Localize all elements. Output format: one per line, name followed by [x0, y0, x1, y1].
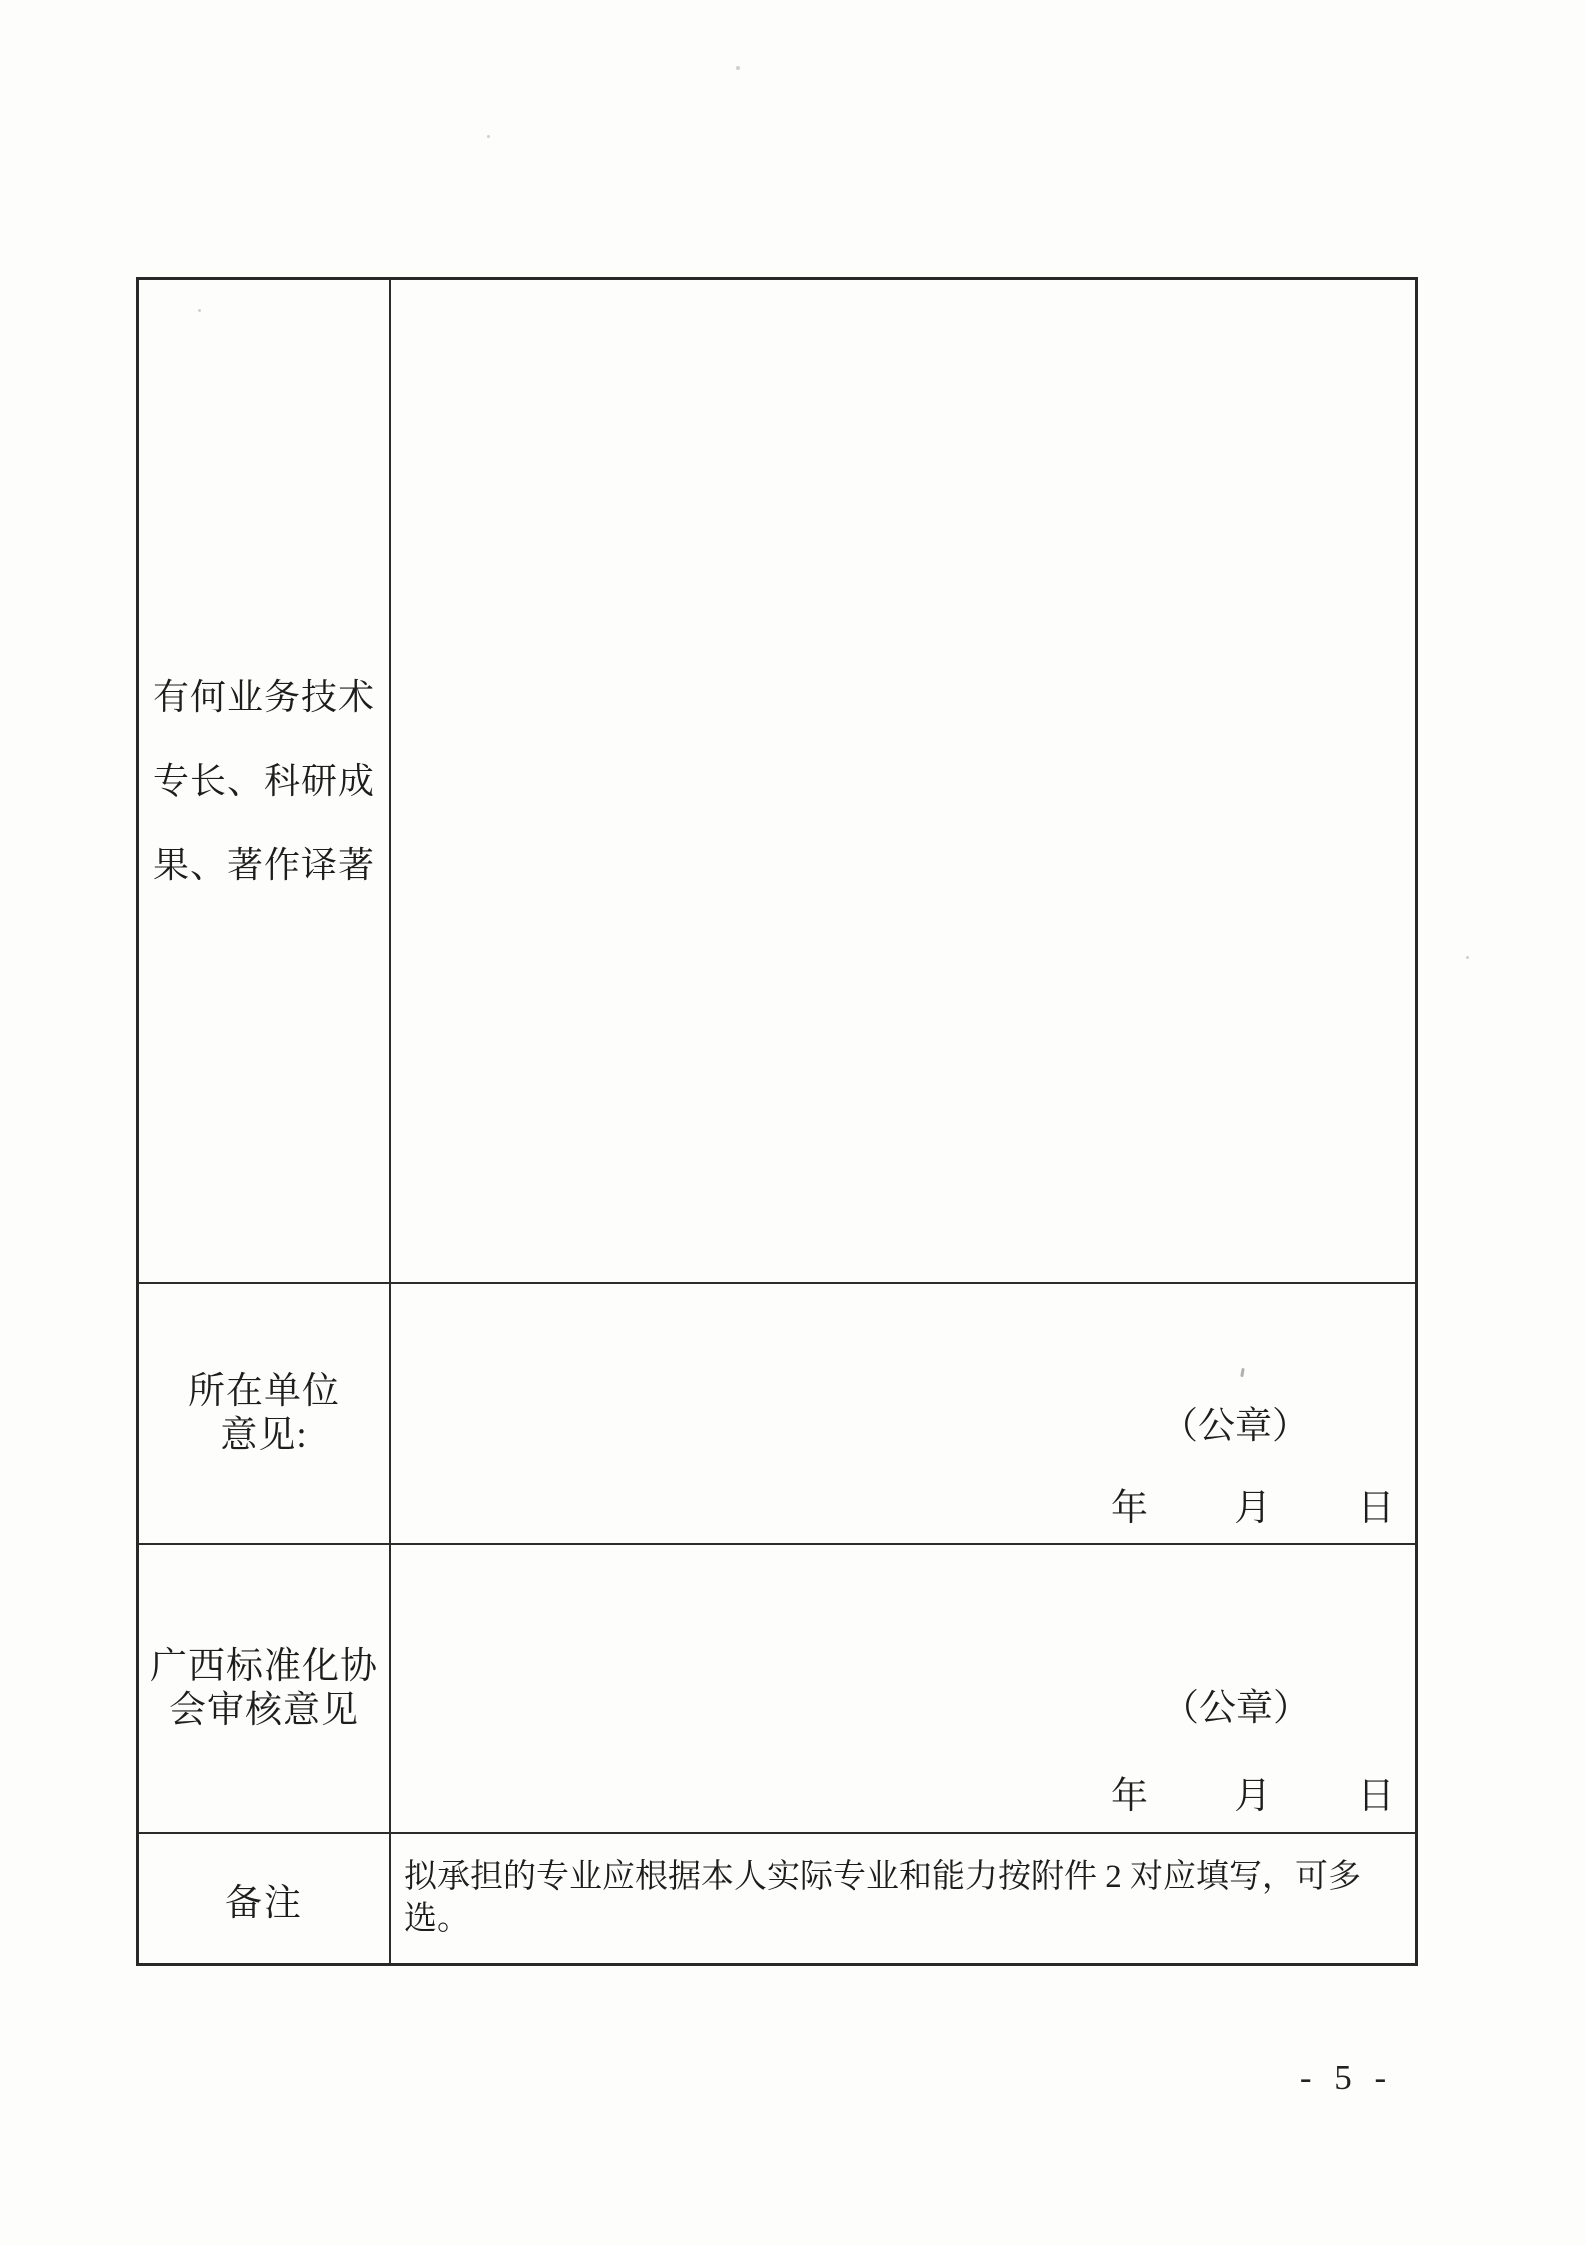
association-review-area: （公章） 年 月 日	[391, 1545, 1415, 1832]
specialties-label-line-2: 专长、科研成	[153, 739, 375, 823]
association-seal-placeholder: （公章）	[1162, 1690, 1310, 1727]
specialties-label-line-3: 果、著作译著	[153, 823, 375, 907]
employer-opinion-label: 所在单位 意见:	[139, 1284, 391, 1543]
employer-date-month: 月	[1234, 1490, 1272, 1527]
employer-seal-placeholder: （公章）	[1161, 1408, 1309, 1445]
table-row-employer-opinion: 所在单位 意见: （公章） 年 月 日	[139, 1282, 1415, 1543]
scanned-form-page: 有何业务技术 专长、科研成 果、著作译著 所在单位 意见: （公章） 年 月 日	[0, 0, 1586, 2245]
association-date-line: 年 月 日	[1111, 1778, 1396, 1815]
association-date-year: 年	[1111, 1778, 1149, 1815]
association-review-label-line-2: 会审核意见	[169, 1689, 359, 1733]
table-row-remarks: 备注 拟承担的专业应根据本人实际专业和能力按附件 2 对应填写，可多选。	[139, 1832, 1415, 1963]
scan-speck	[487, 135, 490, 138]
remarks-content: 拟承担的专业应根据本人实际专业和能力按附件 2 对应填写，可多选。	[391, 1834, 1415, 1963]
employer-date-year: 年	[1111, 1490, 1149, 1527]
specialties-label: 有何业务技术 专长、科研成 果、著作译著	[139, 280, 391, 1282]
employer-opinion-area: （公章） 年 月 日	[391, 1284, 1415, 1543]
employer-date-line: 年 月 日	[1111, 1490, 1396, 1527]
table-row-specialties: 有何业务技术 专长、科研成 果、著作译著	[139, 280, 1415, 1282]
scan-speck	[198, 309, 201, 312]
scan-speck	[1466, 956, 1469, 959]
specialties-blank-area	[391, 280, 1415, 1282]
specialties-label-line-1: 有何业务技术	[153, 655, 375, 739]
page-number: - 5 -	[1262, 2058, 1424, 2098]
association-review-label: 广西标准化协 会审核意见	[139, 1545, 391, 1832]
remarks-text: 拟承担的专业应根据本人实际专业和能力按附件 2 对应填写，可多选。	[404, 1857, 1415, 1940]
employer-opinion-label-line-2: 意见:	[220, 1414, 307, 1458]
remarks-label: 备注	[139, 1834, 391, 1963]
association-review-label-line-1: 广西标准化协	[150, 1645, 378, 1689]
employer-date-day: 日	[1357, 1490, 1395, 1527]
scan-speck	[736, 66, 740, 70]
association-date-day: 日	[1357, 1778, 1395, 1815]
table-row-association-review: 广西标准化协 会审核意见 （公章） 年 月 日	[139, 1543, 1415, 1832]
employer-opinion-label-line-1: 所在单位	[188, 1370, 340, 1414]
application-form-table: 有何业务技术 专长、科研成 果、著作译著 所在单位 意见: （公章） 年 月 日	[136, 277, 1418, 1966]
association-date-month: 月	[1234, 1778, 1272, 1815]
